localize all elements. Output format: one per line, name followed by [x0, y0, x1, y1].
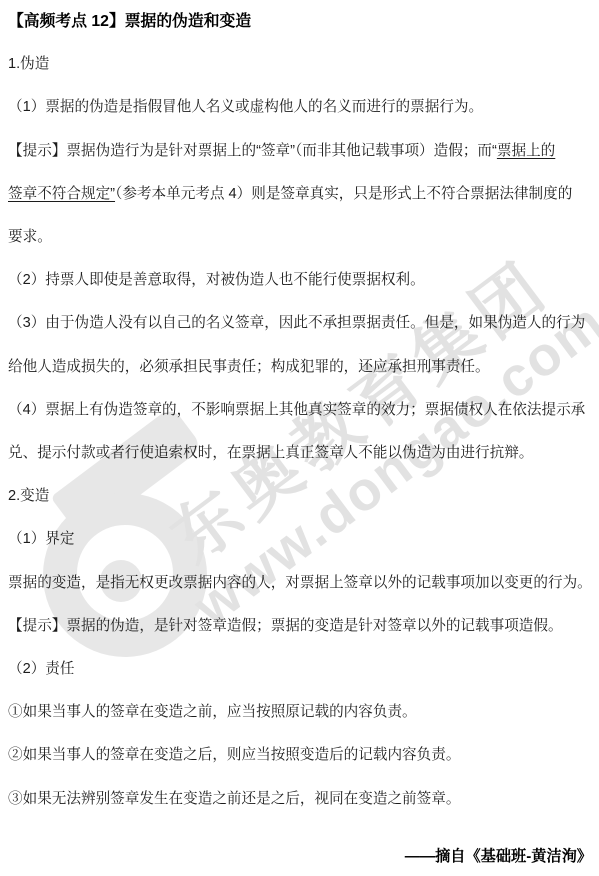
text-segment: （2）责任 — [8, 661, 75, 677]
text-segment: （1）票据的伪造是指假冒他人名义或虚构他人的名义而进行的票据行为。 — [8, 99, 483, 115]
text-segment: （参考本单元考点 4）则是签章真实，只是形式上不符合票据法律制度的 — [115, 186, 572, 202]
text-segment: ②如果当事人的签章在变造之后，则应当按照变造后的记载内容负责。 — [8, 747, 460, 763]
text-line: （2）持票人即使是善意取得，对被伪造人也不能行使票据权利。 — [8, 259, 594, 302]
text-segment: （1）界定 — [8, 531, 75, 547]
text-segment: ③如果无法辨别签章发生在变造之前还是之后，视同在变造之前签章。 — [8, 791, 460, 807]
text-segment: ①如果当事人的签章在变造之前，应当按照原记载的内容负责。 — [8, 704, 417, 720]
text-segment: 签章不符合规定” — [8, 186, 115, 202]
text-line: ②如果当事人的签章在变造之后，则应当按照变造后的记载内容负责。 — [8, 734, 594, 777]
text-line: （3）由于伪造人没有以自己的名义签章，因此不承担票据责任。但是，如果伪造人的行为 — [8, 302, 594, 345]
text-line: 票据的变造，是指无权更改票据内容的人，对票据上签章以外的记载事项加以变更的行为。 — [8, 562, 594, 605]
text-line: 2.变造 — [8, 475, 594, 518]
text-segment: （2）持票人即使是善意取得，对被伪造人也不能行使票据权利。 — [8, 272, 425, 288]
text-line: （1）票据的伪造是指假冒他人名义或虚构他人的名义而进行的票据行为。 — [8, 86, 594, 129]
text-line: （4）票据上有伪造签章的，不影响票据上其他真实签章的效力；票据债权人在依法提示承 — [8, 389, 594, 432]
text-line: 签章不符合规定”（参考本单元考点 4）则是签章真实，只是形式上不符合票据法律制度… — [8, 173, 594, 216]
text-segment: 【提示】票据的伪造，是针对签章造假；票据的变造是针对签章以外的记载事项造假。 — [8, 618, 563, 634]
text-segment: 票据的变造，是指无权更改票据内容的人，对票据上签章以外的记载事项加以变更的行为。 — [8, 575, 592, 591]
text-line: 1.伪造 — [8, 43, 594, 86]
text-segment: 给他人造成损失的，必须承担民事责任；构成犯罪的，还应承担刑事责任。 — [8, 359, 490, 375]
text-segment: 【高频考点 12】票据的伪造和变造 — [8, 13, 251, 30]
text-segment: 2.变造 — [8, 488, 49, 504]
text-segment: 1.伪造 — [8, 56, 49, 72]
text-line: （2）责任 — [8, 648, 594, 691]
attribution-footer: ——摘自《基础班-黄洁洵》 — [0, 835, 599, 876]
text-line: 【提示】票据的伪造，是针对签章造假；票据的变造是针对签章以外的记载事项造假。 — [8, 605, 594, 648]
text-segment: 要求。 — [8, 229, 52, 245]
text-line: 兑、提示付款或者行使追索权时，在票据上真正签章人不能以伪造为由进行抗辩。 — [8, 432, 594, 475]
text-line: ③如果无法辨别签章发生在变造之前还是之后，视同在变造之前签章。 — [8, 778, 594, 821]
document-page: 东奥教育集团 www.dongao.com 【高频考点 12】票据的伪造和变造1… — [0, 0, 599, 876]
document-body: 【高频考点 12】票据的伪造和变造1.伪造（1）票据的伪造是指假冒他人名义或虚构… — [0, 0, 599, 821]
text-line: 要求。 — [8, 216, 594, 259]
text-segment: （3）由于伪造人没有以自己的名义签章，因此不承担票据责任。但是，如果伪造人的行为 — [8, 315, 585, 331]
text-segment: 兑、提示付款或者行使追索权时，在票据上真正签章人不能以伪造为由进行抗辩。 — [8, 445, 533, 461]
text-line: 给他人造成损失的，必须承担民事责任；构成犯罪的，还应承担刑事责任。 — [8, 346, 594, 389]
text-segment: 票据上的 — [497, 143, 555, 159]
text-line: （1）界定 — [8, 518, 594, 561]
text-line: 【提示】票据伪造行为是针对票据上的“签章”（而非其他记载事项）造假；而“票据上的 — [8, 130, 594, 173]
text-segment: （4）票据上有伪造签章的，不影响票据上其他真实签章的效力；票据债权人在依法提示承 — [8, 402, 585, 418]
text-line: ①如果当事人的签章在变造之前，应当按照原记载的内容负责。 — [8, 691, 594, 734]
page-title: 【高频考点 12】票据的伪造和变造 — [8, 0, 594, 43]
text-segment: 【提示】票据伪造行为是针对票据上的“签章”（而非其他记载事项）造假；而“ — [8, 143, 497, 159]
